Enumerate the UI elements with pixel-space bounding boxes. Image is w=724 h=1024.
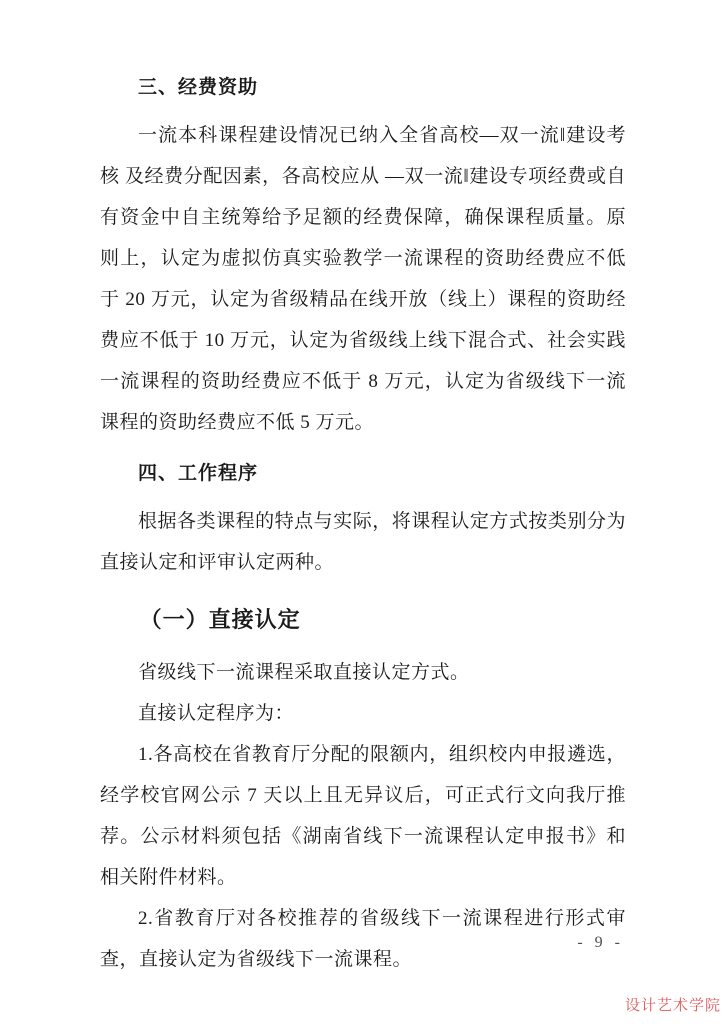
paragraph-direct-mode: 省级线下一流课程采取直接认定方式。 xyxy=(100,652,626,693)
paragraph-step-1: 1.各高校在省教育厅分配的限额内，组织校内申报遴选，经学校官网公示 7 天以上且… xyxy=(100,734,626,898)
document-body: 三、经费资助 一流本科课程建设情况已纳入全省高校—双一流‖建设考核 及经费分配因… xyxy=(0,0,724,980)
paragraph-funding: 一流本科课程建设情况已纳入全省高校—双一流‖建设考核 及经费分配因素，各高校应从… xyxy=(100,115,626,443)
paragraph-direct-steps-label: 直接认定程序为： xyxy=(100,693,626,734)
section-heading-funding: 三、经费资助 xyxy=(100,74,626,102)
document-page: 三、经费资助 一流本科课程建设情况已纳入全省高校—双一流‖建设考核 及经费分配因… xyxy=(0,0,724,1024)
section-heading-procedure: 四、工作程序 xyxy=(100,460,626,488)
subsection-heading-direct-recognition: （一）直接认定 xyxy=(100,605,626,635)
page-number: - 9 - xyxy=(577,934,624,952)
paragraph-procedure: 根据各类课程的特点与实际，将课程认定方式按类别分为直接认定和评审认定两种。 xyxy=(100,501,626,583)
paragraph-step-2: 2.省教育厅对各校推荐的省级线下一流课程进行形式审查，直接认定为省级线下一流课程… xyxy=(100,898,626,980)
watermark-label: 设计艺术学院 xyxy=(625,994,721,1015)
